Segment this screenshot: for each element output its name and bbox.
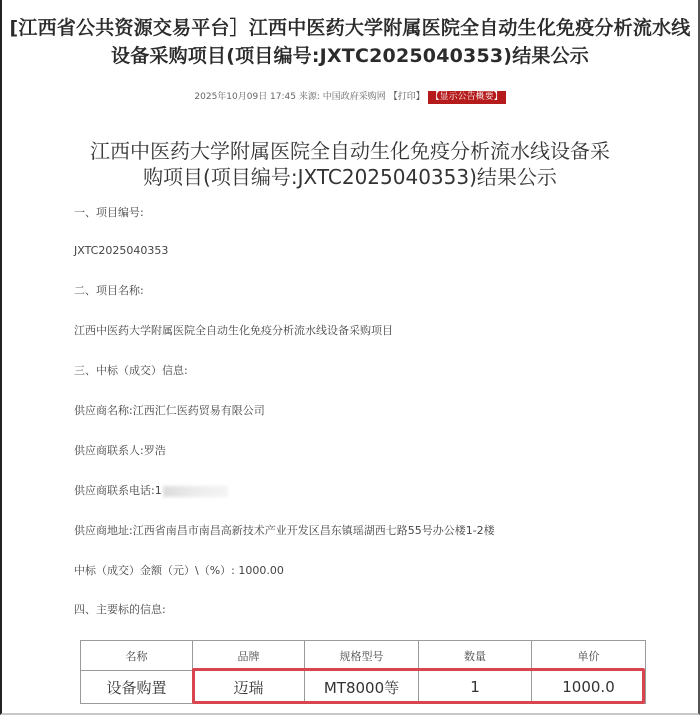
column-header-unit-price: 单价	[532, 641, 646, 671]
cell-model: MT8000等	[305, 671, 419, 704]
table-header-row: 名称 品牌 规格型号 数量 单价	[81, 641, 646, 671]
supplier-phone-label: 供应商联系电话:	[74, 484, 155, 497]
announcement-meta: 2025年10月09日 17:45 来源: 中国政府采购网 【打印】 【显示公告…	[2, 89, 698, 105]
project-name-value: 江西中医药大学附属医院全自动生化免疫分析流水线设备采购项目	[74, 324, 393, 338]
main-items-table: 名称 品牌 规格型号 数量 单价 设备购置 迈瑞 MT8000等 1 1000.…	[80, 640, 646, 704]
phone-redaction-blur	[163, 486, 228, 497]
project-name-heading: 二、项目名称:	[74, 284, 144, 298]
document-title-line-1: 江西中医药大学附属医院全自动生化免疫分析流水线设备采	[62, 138, 638, 164]
supplier-address-value: 江西省南昌市南昌高新技术产业开发区昌东镇瑶湖西七路55号办公楼1-2楼	[133, 524, 495, 537]
project-number-value: JXTC2025040353	[74, 244, 168, 258]
supplier-contact-label: 供应商联系人:	[74, 444, 144, 457]
supplier-name-value: 江西汇仁医药贸易有限公司	[133, 404, 265, 417]
column-header-brand: 品牌	[193, 641, 305, 671]
cell-unit-price: 1000.0	[532, 671, 646, 704]
print-link[interactable]: 【打印】	[389, 92, 425, 102]
cell-quantity: 1	[419, 671, 532, 704]
supplier-contact-row: 供应商联系人:罗浩	[74, 444, 166, 458]
publish-datetime: 2025年10月09日 17:45	[194, 92, 296, 102]
page-frame: [江西省公共资源交易平台］江西中医药大学附属医院全自动生化免疫分析流水线 设备采…	[0, 0, 700, 715]
supplier-name-row: 供应商名称:江西汇仁医药贸易有限公司	[74, 404, 265, 418]
award-amount-value: 1000.00	[238, 564, 284, 577]
document-title-line-2: 购项目(项目编号:JXTC2025040353)结果公示	[62, 164, 638, 190]
announcement-title: [江西省公共资源交易平台］江西中医药大学附属医院全自动生化免疫分析流水线 设备采…	[8, 14, 692, 70]
table-row: 设备购置 迈瑞 MT8000等 1 1000.0	[81, 671, 646, 704]
show-summary-button[interactable]: 【显示公告概要】	[428, 91, 506, 104]
award-amount-row: 中标（成交）金额（元）\（%）: 1000.00	[74, 564, 284, 578]
award-info-heading: 三、中标（成交）信息:	[74, 364, 188, 378]
main-items-heading: 四、主要标的信息:	[74, 603, 166, 617]
announcement-title-line-1: [江西省公共资源交易平台］江西中医药大学附属医院全自动生化免疫分析流水线	[8, 14, 692, 42]
cell-brand: 迈瑞	[193, 671, 305, 704]
supplier-contact-value: 罗浩	[144, 444, 166, 457]
supplier-address-row: 供应商地址:江西省南昌市南昌高新技术产业开发区昌东镇瑶湖西七路55号办公楼1-2…	[74, 524, 495, 538]
document-title: 江西中医药大学附属医院全自动生化免疫分析流水线设备采 购项目(项目编号:JXTC…	[62, 138, 638, 190]
award-amount-label: 中标（成交）金额（元）\（%）:	[74, 564, 235, 577]
supplier-phone-row: 供应商联系电话:1	[74, 484, 228, 498]
column-header-quantity: 数量	[419, 641, 532, 671]
supplier-phone-value: 1	[155, 484, 162, 497]
column-header-name: 名称	[81, 641, 193, 671]
project-number-heading: 一、项目编号:	[74, 206, 144, 220]
source-label: 来源:	[299, 92, 320, 102]
column-header-model: 规格型号	[305, 641, 419, 671]
source-name: 中国政府采购网	[323, 92, 386, 102]
announcement-title-line-2: 设备采购项目(项目编号:JXTC2025040353)结果公示	[8, 42, 692, 70]
cell-name: 设备购置	[81, 671, 193, 704]
supplier-name-label: 供应商名称:	[74, 404, 133, 417]
supplier-address-label: 供应商地址:	[74, 524, 133, 537]
